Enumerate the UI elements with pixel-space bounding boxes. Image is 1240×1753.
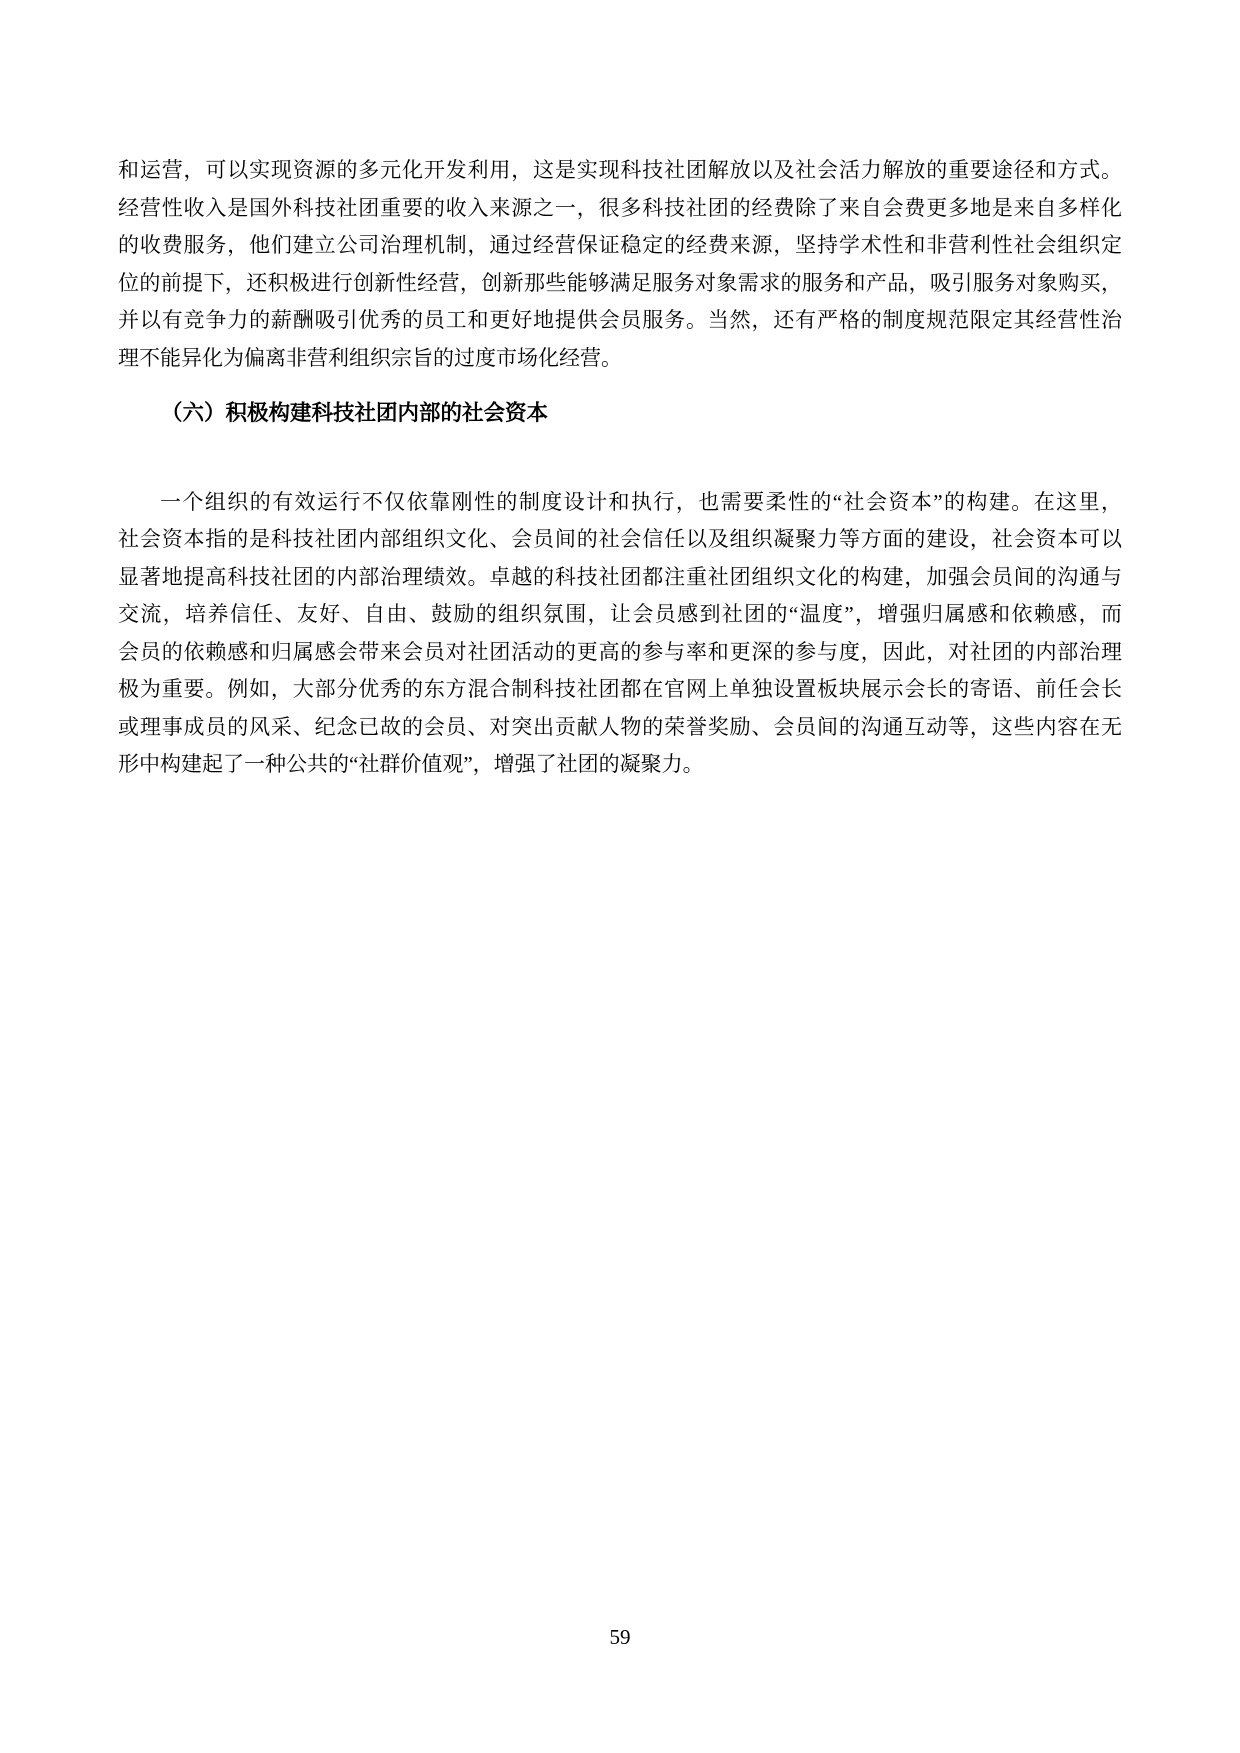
- text-line: 位的前提下，还积极进行创新性经营，创新那些能够满足服务对象需求的服务和产品，吸引…: [118, 265, 1122, 303]
- text-line: 极为重要。例如，大部分优秀的东方混合制科技社团都在官网上单独设置板块展示会长的寄…: [118, 671, 1122, 709]
- text-line: 和运营，可以实现资源的多元化开发利用，这是实现科技社团解放以及社会活力解放的重要…: [118, 152, 1122, 190]
- page-number: 59: [0, 1622, 1240, 1652]
- section-heading: （六）积极构建科技社团内部的社会资本: [118, 395, 1122, 433]
- page-content: 和运营，可以实现资源的多元化开发利用，这是实现科技社团解放以及社会活力解放的重要…: [118, 152, 1122, 784]
- text-line: 社会资本指的是科技社团内部组织文化、会员间的社会信任以及组织凝聚力等方面的建设，…: [118, 521, 1122, 559]
- text-line: 显著地提高科技社团的内部治理绩效。卓越的科技社团都注重社团组织文化的构建，加强会…: [118, 559, 1122, 597]
- text-line: 交流，培养信任、友好、自由、鼓励的组织氛围，让会员感到社团的“温度”，增强归属感…: [118, 596, 1122, 634]
- text-line: 理不能异化为偏离非营利组织宗旨的过度市场化经营。: [118, 340, 1122, 378]
- text-line: 会员的依赖感和归属感会带来会员对社团活动的更高的参与率和更深的参与度，因此，对社…: [118, 634, 1122, 672]
- text-line: 经营性收入是国外科技社团重要的收入来源之一，很多科技社团的经费除了来自会费更多地…: [118, 190, 1122, 228]
- paragraph-social-capital: 一个组织的有效运行不仅依靠刚性的制度设计和执行，也需要柔性的“社会资本”的构建。…: [118, 484, 1122, 784]
- text-line: 一个组织的有效运行不仅依靠刚性的制度设计和执行，也需要柔性的“社会资本”的构建。…: [118, 484, 1122, 522]
- paragraph-operating-income: 和运营，可以实现资源的多元化开发利用，这是实现科技社团解放以及社会活力解放的重要…: [118, 152, 1122, 377]
- document-page: 和运营，可以实现资源的多元化开发利用，这是实现科技社团解放以及社会活力解放的重要…: [0, 0, 1240, 1753]
- text-line: 形中构建起了一种公共的“社群价值观”，增强了社团的凝聚力。: [118, 746, 1122, 784]
- text-line: 并以有竞争力的薪酬吸引优秀的员工和更好地提供会员服务。当然，还有严格的制度规范限…: [118, 302, 1122, 340]
- text-line: 的收费服务，他们建立公司治理机制，通过经营保证稳定的经费来源，坚持学术性和非营利…: [118, 227, 1122, 265]
- text-line: 或理事成员的风采、纪念已故的会员、对突出贡献人物的荣誉奖励、会员间的沟通互动等，…: [118, 709, 1122, 747]
